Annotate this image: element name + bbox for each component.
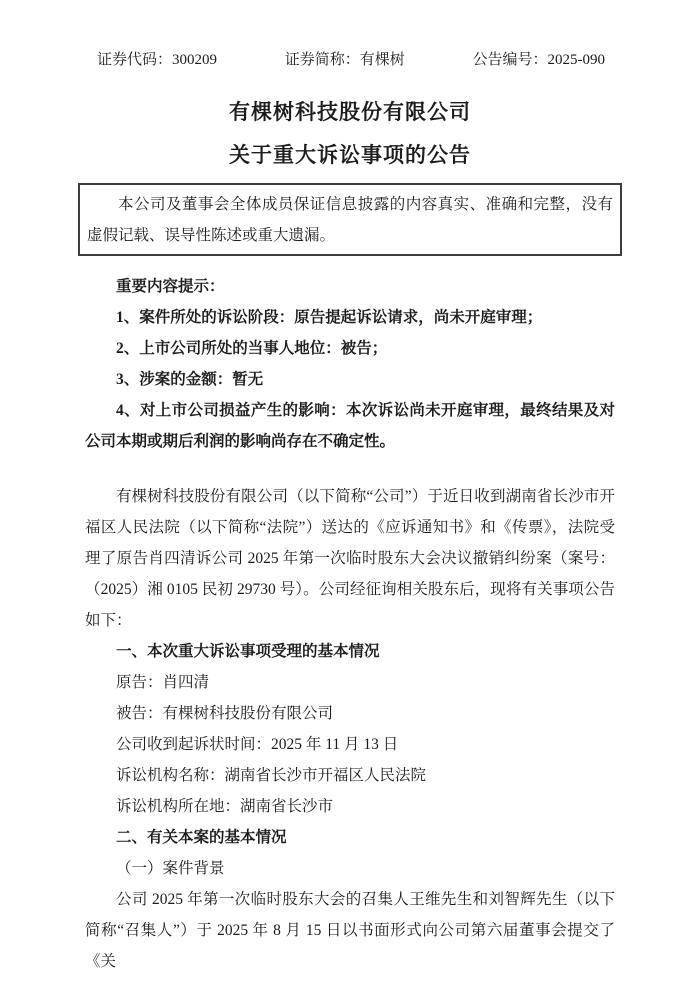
section-1: 一、本次重大诉讼事项受理的基本情况 原告：肖四清 被告：有棵树科技股份有限公司 … bbox=[85, 636, 615, 822]
court-name-line: 诉讼机构名称：湖南省长沙市开福区人民法院 bbox=[85, 760, 615, 791]
notice-item-2: 2、上市公司所处的当事人地位：被告； bbox=[85, 333, 615, 364]
stock-short-name: 证券简称：有棵树 bbox=[285, 52, 405, 68]
case-background-subheading: （一）案件背景 bbox=[85, 853, 615, 884]
plaintiff-line: 原告：肖四清 bbox=[85, 667, 615, 698]
notice-item-1: 1、案件所处的诉讼阶段：原告提起诉讼请求，尚未开庭审理； bbox=[85, 302, 615, 333]
stock-code: 证券代码：300209 bbox=[97, 52, 217, 68]
case-background-paragraph: 公司 2025 年第一次临时股东大会的召集人王维先生和刘智辉先生（以下简称“召集… bbox=[85, 884, 615, 977]
complaint-received-date-line: 公司收到起诉状时间：2025 年 11 月 13 日 bbox=[85, 729, 615, 760]
section-2: 二、有关本案的基本情况 （一）案件背景 公司 2025 年第一次临时股东大会的召… bbox=[85, 822, 615, 977]
important-notice-section: 重要内容提示： 1、案件所处的诉讼阶段：原告提起诉讼请求，尚未开庭审理； 2、上… bbox=[85, 271, 615, 457]
announcement-page: 证券代码：300209 证券简称：有棵树 公告编号：2025-090 有棵树科技… bbox=[0, 0, 700, 998]
announcement-number: 公告编号：2025-090 bbox=[473, 52, 606, 68]
disclaimer-text: 本公司及董事会全体成员保证信息披露的内容真实、准确和完整，没有虚假记载、误导性陈… bbox=[87, 189, 613, 251]
intro-paragraph: 有棵树科技股份有限公司（以下简称“公司”）于近日收到湖南省长沙市开福区人民法院（… bbox=[85, 481, 615, 636]
announcement-subtitle: 关于重大诉讼事项的公告 bbox=[85, 144, 615, 167]
court-location-line: 诉讼机构所在地：湖南省长沙市 bbox=[85, 791, 615, 822]
document-header: 证券代码：300209 证券简称：有棵树 公告编号：2025-090 bbox=[97, 52, 605, 68]
disclaimer-box: 本公司及董事会全体成员保证信息披露的内容真实、准确和完整，没有虚假记载、误导性陈… bbox=[78, 183, 622, 256]
section-2-heading: 二、有关本案的基本情况 bbox=[85, 822, 615, 853]
notice-item-4: 4、对上市公司损益产生的影响：本次诉讼尚未开庭审理，最终结果及对公司本期或期后利… bbox=[85, 395, 615, 457]
notice-item-3: 3、涉案的金额：暂无 bbox=[85, 364, 615, 395]
company-title: 有棵树科技股份有限公司 bbox=[85, 101, 615, 124]
notice-heading: 重要内容提示： bbox=[85, 271, 615, 302]
section-1-heading: 一、本次重大诉讼事项受理的基本情况 bbox=[85, 636, 615, 667]
defendant-line: 被告：有棵树科技股份有限公司 bbox=[85, 698, 615, 729]
